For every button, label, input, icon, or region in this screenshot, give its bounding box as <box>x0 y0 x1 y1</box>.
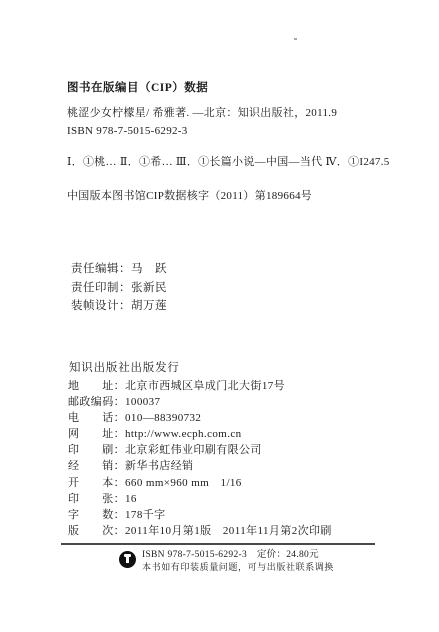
colophon-row-edition: 版 次：2011年10月第1版 2011年11月第2次印刷 <box>68 523 332 539</box>
colophon-label: 开 本 <box>68 477 114 489</box>
colophon-row-printer: 印 刷：北京彩虹伟业印刷有限公司 <box>68 442 332 458</box>
colophon-value: 16 <box>125 493 137 505</box>
colophon-row-distributor: 经 销：新华书店经销 <box>68 458 332 474</box>
colophon-value: 100037 <box>125 396 160 408</box>
colophon-value: http://www.ecph.com.cn <box>125 428 242 440</box>
separator: ： <box>119 263 131 275</box>
colophon-label: 邮政编码 <box>68 396 114 408</box>
colophon-value: 2011年10月第1版 2011年11月第2次印刷 <box>125 525 332 537</box>
colophon-value: 010—88390732 <box>125 412 201 424</box>
colophon-value: 178千字 <box>125 509 166 521</box>
staff-label: 责任编辑 <box>71 263 119 275</box>
colophon-block: 地 址：北京市西城区阜成门北大街17号 邮政编码：100037 电 话：010—… <box>68 378 332 539</box>
colophon-label: 版 次 <box>68 525 114 537</box>
colophon-value: 北京彩虹伟业印刷有限公司 <box>125 444 262 456</box>
isbn-price-line: ISBN 978-7-5015-6292-3 定价：24.80元 <box>142 549 334 561</box>
footer-text: ISBN 978-7-5015-6292-3 定价：24.80元 本书如有印装质… <box>142 549 334 573</box>
copyright-page: 图书在版编目（CIP）数据 桃涩少女柠檬星/ 希雅著. —北京：知识出版社，20… <box>0 0 439 632</box>
colophon-label: 网 址 <box>68 428 114 440</box>
colophon-row-wordcount: 字 数：178千字 <box>68 507 332 523</box>
separator: ： <box>114 493 125 505</box>
staff-row-editor: 责任编辑：马 跃 <box>71 260 167 279</box>
colophon-label: 经 销 <box>68 460 114 472</box>
staff-value: 马 跃 <box>131 263 167 275</box>
staff-row-printing: 责任印制：张新民 <box>71 279 167 298</box>
colophon-label: 印 张 <box>68 493 114 505</box>
colophon-row-format: 开 本：660 mm×960 mm 1/16 <box>68 475 332 491</box>
staff-value: 胡万莲 <box>131 300 167 312</box>
staff-label: 装帧设计 <box>71 300 119 312</box>
quality-note-line: 本书如有印装质量问题，可与出版社联系调换 <box>142 561 334 573</box>
colophon-label: 地 址 <box>68 380 114 392</box>
colophon-row-address: 地 址：北京市西城区阜成门北大街17号 <box>68 378 332 394</box>
cip-record-number-line: 中国版本图书馆CIP数据核字（2011）第189664号 <box>67 187 312 203</box>
colophon-value: 新华书店经销 <box>125 460 193 472</box>
separator: ： <box>114 412 125 424</box>
footer-block: ISBN 978-7-5015-6292-3 定价：24.80元 本书如有印装质… <box>119 549 334 573</box>
separator: ： <box>114 428 125 440</box>
separator: ： <box>114 525 125 537</box>
colophon-value: 660 mm×960 mm 1/16 <box>125 477 242 489</box>
colophon-label: 字 数 <box>68 509 114 521</box>
colophon-row-phone: 电 话：010—88390732 <box>68 410 332 426</box>
separator: ： <box>119 300 131 312</box>
staff-credits-block: 责任编辑：马 跃 责任印制：张新民 装帧设计：胡万莲 <box>71 260 167 316</box>
cip-header: 图书在版编目（CIP）数据 <box>67 79 208 95</box>
colophon-row-postcode: 邮政编码：100037 <box>68 394 332 410</box>
staff-row-design: 装帧设计：胡万莲 <box>71 297 167 316</box>
staff-value: 张新民 <box>131 282 167 294</box>
footer-divider-rule <box>61 543 375 545</box>
book-title-line: 桃涩少女柠檬星/ 希雅著. —北京：知识出版社，2011.9 <box>67 104 337 122</box>
separator: ： <box>114 380 125 392</box>
separator: ： <box>114 477 125 489</box>
colophon-label: 印 刷 <box>68 444 114 456</box>
separator: ： <box>114 509 125 521</box>
colophon-row-sheets: 印 张：16 <box>68 491 332 507</box>
classification-line: Ⅰ．①桃… Ⅱ．①希… Ⅲ．①长篇小说—中国—当代 Ⅳ．①I247.5 <box>67 153 390 169</box>
publisher-line: 知识出版社出版发行 <box>69 359 180 375</box>
separator: ： <box>114 444 125 456</box>
isbn-line: ISBN 978-7-5015-6292-3 <box>67 122 337 140</box>
colophon-value: 北京市西城区阜成门北大街17号 <box>125 380 285 392</box>
staff-label: 责任印制 <box>71 282 119 294</box>
separator: ： <box>119 282 131 294</box>
separator: ： <box>114 460 125 472</box>
colophon-label: 电 话 <box>68 412 114 424</box>
colophon-row-website: 网 址：http://www.ecph.com.cn <box>68 426 332 442</box>
separator: ： <box>114 396 125 408</box>
cip-catalog-block: 桃涩少女柠檬星/ 希雅著. —北京：知识出版社，2011.9 ISBN 978-… <box>67 104 337 140</box>
publisher-logo-icon <box>119 551 136 568</box>
scan-artifact-speck <box>294 38 297 40</box>
